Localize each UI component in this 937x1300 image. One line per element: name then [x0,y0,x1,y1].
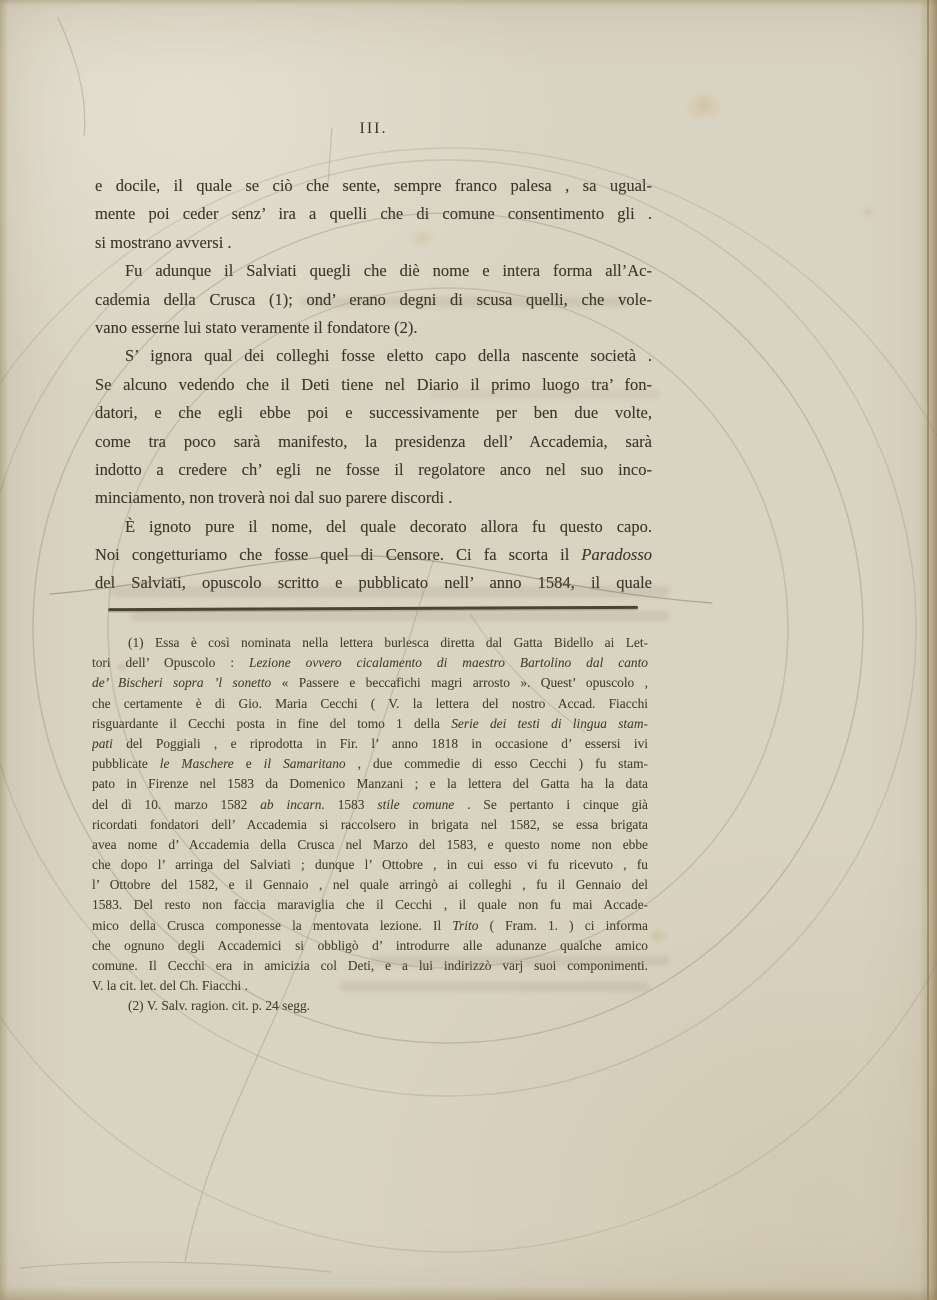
ink-bleedthrough [130,611,670,621]
footnote-separator-rule [108,606,638,611]
footnote-line: mico della Crusca componesse la mentovat… [92,916,648,936]
footnote-line: avea nome d’ Accademia della Crusca nel … [92,835,648,855]
footnote-line: che ognuno degli Accademici si obbligò d… [92,936,648,956]
footnote-line: pati del Poggiali , e riprodotta in Fir.… [92,734,648,754]
page-right-edge [919,0,937,1300]
text-line: come tra poco sarà manifesto, la preside… [95,428,652,456]
footnote-line: del dì 10. marzo 1582 ab incarn. 1583 st… [92,795,648,815]
footnote-line: pubblicate le Maschere e il Samaritano ,… [92,754,648,774]
page-left-edge [0,0,8,1300]
footnotes-block: (1) Essa è così nominata nella lettera b… [92,633,648,1017]
text-line: Noi congetturiamo che fosse quel di Cens… [95,541,652,569]
footnote-line: l’ Ottobre del 1582, e il Gennaio , nel … [92,875,648,895]
footnote-line: comune. Il Cecchi era in amicizia col De… [92,956,648,976]
footnote-line: de’ Bischeri sopra ’l sonetto « Passere … [92,673,648,693]
page-number: III. [95,120,652,138]
text-line: del Salviati, opuscolo scritto e pubblic… [95,569,652,597]
text-line: datori, e che egli ebbe poi e successiva… [95,399,652,427]
text-line: È ignoto pure il nome, del quale decorat… [95,513,652,541]
footnote-line: (2) V. Salv. ragion. cit. p. 24 segg. [92,996,648,1016]
footnote-line: che dopo l’ arringa del Salviati ; dunqu… [92,855,648,875]
text-line: e docile, il quale se ciò che sente, sem… [95,172,652,200]
footnote-line: 1583. Del resto non faccia maraviglia ch… [92,895,648,915]
text-line: mente poi ceder senz’ ira a quelli che d… [95,200,652,228]
footnote-line: V. la cit. let. del Ch. Fiacchi . [92,976,648,996]
footnote-line: che certamente è di Gio. Maria Cecchi ( … [92,694,648,714]
text-line: S’ ignora qual dei colleghi fosse eletto… [95,342,652,370]
text-line: vano esserne lui stato veramente il fond… [95,314,652,342]
text-line: Fu adunque il Salviati quegli che diè no… [95,257,652,285]
text-line: Se alcuno vedendo che il Deti tiene nel … [95,371,652,399]
footnote-line: risguardante il Cecchi posta in fine del… [92,714,648,734]
footnote-line: pato in Firenze nel 1583 da Domenico Man… [92,774,648,794]
page-bottom-edge [0,1286,937,1300]
footnote-line: tori dell’ Opuscolo : Lezione ovvero cic… [92,653,648,673]
footnote-line: ricordati fondatori dell’ Accademia si r… [92,815,648,835]
text-line: cademia della Crusca (1); ond’ erano deg… [95,286,652,314]
text-line: si mostrano avversi . [95,229,652,257]
text-line: indotto a credere ch’ egli ne fosse il r… [95,456,652,484]
page-top-edge [0,0,937,6]
text-line: minciamento, non troverà noi dal suo par… [95,484,652,512]
main-text-block: e docile, il quale se ciò che sente, sem… [95,172,652,598]
footnote-line: (1) Essa è così nominata nella lettera b… [92,633,648,653]
scanned-book-page: III. e docile, il quale se ciò che sente… [0,0,937,1300]
